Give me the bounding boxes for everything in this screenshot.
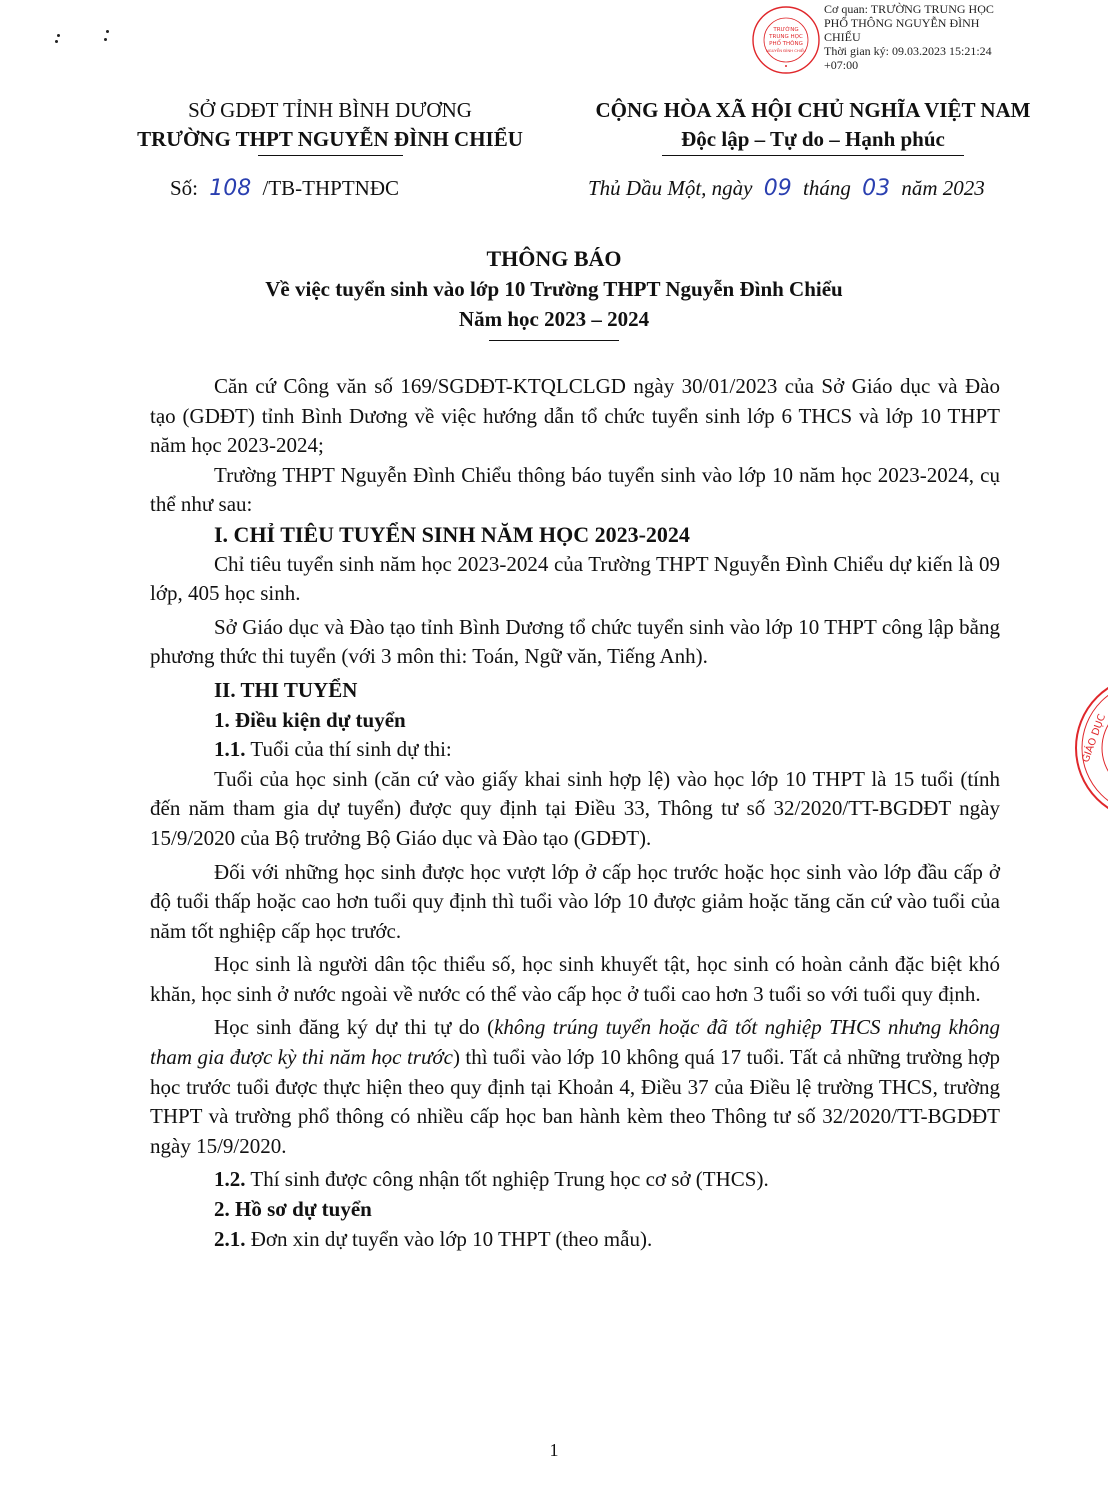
school-seal-partial-icon: GIÁO DỤC <box>1068 668 1108 828</box>
svg-text:TRƯỜNG: TRƯỜNG <box>772 26 798 33</box>
scan-speck <box>106 30 109 33</box>
text-run: Học sinh đăng ký dự thi tự do ( <box>214 1015 494 1039</box>
notice-body: Căn cứ Công văn số 169/SGDĐT-KTQLCLGD ng… <box>150 372 1000 1254</box>
scan-speck <box>57 34 60 37</box>
section-heading: II. THI TUYỂN <box>150 676 1000 706</box>
body-paragraph: Trường THPT Nguyễn Đình Chiểu thông báo … <box>150 461 1000 520</box>
place-date: Thủ Dầu Một, ngày 09 tháng 03 năm 2023 <box>588 176 985 201</box>
digital-signature-stamp-icon: TRƯỜNG TRUNG HỌC PHỔ THÔNG NGUYỄN ĐÌNH C… <box>750 2 822 80</box>
body-paragraph: Tuổi của học sinh (căn cứ vào giấy khai … <box>150 765 1000 854</box>
motto-underline <box>662 155 964 156</box>
national-motto: CỘNG HÒA XÃ HỘI CHỦ NGHĨA VIỆT NAM Độc l… <box>568 96 1058 156</box>
title-underline <box>489 340 619 341</box>
section-heading: I. CHỈ TIÊU TUYỂN SINH NĂM HỌC 2023-2024 <box>150 520 1000 550</box>
item-paragraph: 2.1. Đơn xin dự tuyển vào lớp 10 THPT (t… <box>150 1225 1000 1255</box>
school-name: TRƯỜNG THPT NGUYỄN ĐÌNH CHIỂU <box>90 124 570 154</box>
signature-agency-line: PHỔ THÔNG NGUYỄN ĐÌNH <box>824 16 1104 30</box>
country-name: CỘNG HÒA XÃ HỘI CHỦ NGHĨA VIỆT NAM <box>568 96 1058 124</box>
body-paragraph: Học sinh đăng ký dự thi tự do (không trú… <box>150 1013 1000 1161</box>
doc-number-handwritten: 108 <box>203 176 257 201</box>
subsection-heading: 2. Hồ sơ dự tuyển <box>150 1195 1000 1225</box>
agency-underline <box>258 155 403 156</box>
item-paragraph: 1.1. Tuổi của thí sinh dự thi: <box>150 735 1000 765</box>
notice-title: THÔNG BÁO Về việc tuyển sinh vào lớp 10 … <box>0 244 1108 341</box>
svg-text:NGUYỄN ĐÌNH CHIỂU: NGUYỄN ĐÌNH CHIỂU <box>766 48 806 53</box>
scan-speck <box>104 38 107 41</box>
body-paragraph: Đối với những học sinh được học vượt lớp… <box>150 858 1000 947</box>
scan-speck <box>55 40 58 43</box>
body-paragraph: Học sinh là người dân tộc thiểu số, học … <box>150 950 1000 1009</box>
signature-time-line: Thời gian ký: 09.03.2023 15:21:24 <box>824 44 1104 58</box>
body-paragraph: Chỉ tiêu tuyển sinh năm học 2023-2024 củ… <box>150 550 1000 609</box>
motto: Độc lập – Tự do – Hạnh phúc <box>568 124 1058 154</box>
document-number: Số: 108 /TB-THPTNĐC <box>170 176 399 201</box>
signature-agency-line: Cơ quan: TRƯỜNG TRUNG HỌC <box>824 2 1104 16</box>
title-notice: THÔNG BÁO <box>0 244 1108 274</box>
svg-text:PHỔ THÔNG: PHỔ THÔNG <box>769 39 803 47</box>
date-year: năm 2023 <box>901 176 984 200</box>
subsection-heading: 1. Điều kiện dự tuyển <box>150 706 1000 736</box>
item-text: Đơn xin dự tuyển vào lớp 10 THPT (theo m… <box>251 1227 652 1251</box>
item-text: Thí sinh được công nhận tốt nghiệp Trung… <box>250 1167 768 1191</box>
doc-number-prefix: Số: <box>170 176 198 200</box>
date-place: Thủ Dầu Một, ngày <box>588 176 753 200</box>
title-subject: Về việc tuyển sinh vào lớp 10 Trường THP… <box>0 274 1108 304</box>
title-school-year: Năm học 2023 – 2024 <box>0 304 1108 334</box>
date-month-handwritten: 03 <box>856 176 896 201</box>
item-text: Tuổi của thí sinh dự thi: <box>250 737 451 761</box>
signature-agency-line: CHIỂU <box>824 30 1104 44</box>
item-paragraph: 1.2. Thí sinh được công nhận tốt nghiệp … <box>150 1165 1000 1195</box>
doc-number-suffix: /TB-THPTNĐC <box>263 176 400 200</box>
parent-agency: SỞ GDĐT TỈNH BÌNH DƯƠNG <box>90 96 570 124</box>
item-label: 1.1. <box>214 737 246 761</box>
body-paragraph: Căn cứ Công văn số 169/SGDĐT-KTQLCLGD ng… <box>150 372 1000 461</box>
signature-timezone-line: +07:00 <box>824 58 1104 72</box>
date-month-label: tháng <box>803 176 851 200</box>
item-label: 1.2. <box>214 1167 246 1191</box>
item-label: 2.1. <box>214 1227 246 1251</box>
body-paragraph: Sở Giáo dục và Đào tạo tỉnh Bình Dương t… <box>150 613 1000 672</box>
issuing-agency: SỞ GDĐT TỈNH BÌNH DƯƠNG TRƯỜNG THPT NGUY… <box>90 96 570 156</box>
svg-text:TRUNG HỌC: TRUNG HỌC <box>768 34 803 40</box>
date-day-handwritten: 09 <box>758 176 798 201</box>
digital-signature-info: Cơ quan: TRƯỜNG TRUNG HỌC PHỔ THÔNG NGUY… <box>824 2 1104 72</box>
page-number: 1 <box>0 1440 1108 1461</box>
